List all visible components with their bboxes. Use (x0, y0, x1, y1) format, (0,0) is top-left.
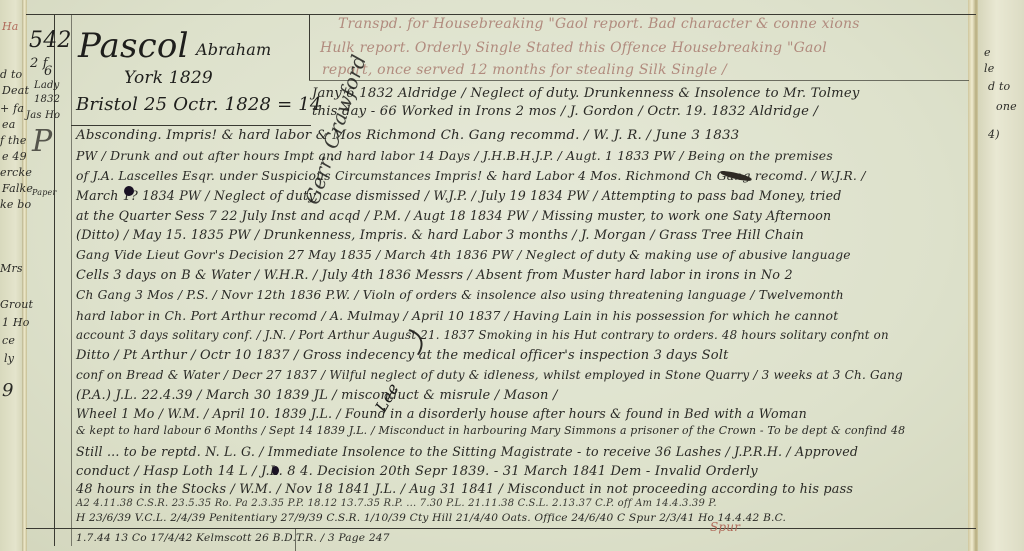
right-margin-note-2: d to (988, 80, 1010, 93)
left-margin-side-note: Paper (32, 188, 56, 197)
entry-line-3: PW / Drunk and out after hours Impt and … (76, 148, 833, 163)
top-rule (26, 14, 976, 15)
record-sub-4: Jas Ho (26, 110, 60, 121)
left-margin-note-6: e 49 (2, 150, 27, 163)
left-margin-note-5: f the (0, 134, 27, 147)
record-number: 542 (29, 28, 72, 53)
left-margin-note-10: Mrs (0, 262, 23, 275)
entry-line-18: Still ... to be reptd. N. L. G. / Immedi… (76, 444, 858, 459)
right-margin-note-4: 4) (988, 128, 1000, 141)
right-margin-note-0: e (984, 46, 991, 59)
left-margin-note-0: Ha (2, 20, 19, 33)
left-margin-note-11: Grout (0, 298, 33, 311)
record-sub-3: 1832 (34, 94, 60, 105)
left-margin-note-13: ce (2, 334, 15, 347)
left-margin-note-1: d to (0, 68, 22, 81)
left-margin-note-4: ea (2, 118, 15, 131)
entry-line-11: hard labor in Ch. Port Arthur recomd / A… (76, 308, 838, 323)
name-column-divider (71, 14, 72, 546)
left-margin-note-3: + fa (0, 102, 24, 115)
left-margin-note-2: Deat (2, 84, 29, 97)
entry-line-8: Gang Vide Lieut Govr's Decision 27 May 1… (76, 248, 851, 262)
header-note-line-1: Hulk report. Orderly Single Stated this … (320, 40, 827, 56)
name-box-right-divider (309, 14, 310, 80)
entry-line-6: at the Quarter Sess 7 22 July Inst and a… (76, 208, 831, 223)
record-mark: P (32, 124, 52, 159)
entry-line-20: 48 hours in the Stocks / W.M. / Nov 18 1… (76, 482, 853, 497)
entry-line-19: conduct / Hasp Loth 14 L / J.L. 8 4. Dec… (76, 464, 758, 479)
left-margin-note-8: Falke (2, 182, 33, 195)
left-margin-note-14: ly (4, 352, 14, 365)
convict-given-name: Abraham (196, 40, 271, 59)
entry-line-9: Cells 3 days on B & Water / W.H.R. / Jul… (76, 268, 793, 283)
left-margin-note-7: ercke (0, 166, 32, 179)
bottom-rule (26, 528, 976, 529)
entry-line-5: March 1? 1834 PW / Neglect of duty, case… (76, 188, 842, 203)
right-margin-note-3: one (996, 100, 1017, 113)
entry-line-0: Jany 6 1832 Aldridge / Neglect of duty. … (312, 86, 860, 101)
left-margin-note-12: 1 Ho (2, 316, 30, 329)
entry-line-10: Ch Gang 3 Mos / P.S. / Novr 12th 1836 P.… (76, 288, 844, 302)
entry-line-16: Wheel 1 Mo / W.M. / April 10. 1839 J.L. … (76, 406, 807, 421)
record-sub-2: Lady (34, 80, 59, 91)
entry-line-1: this day - 66 Worked in Irons 2 mos / J.… (312, 104, 818, 119)
entry-line-2: Absconding. Impris! & hard labor & Mos R… (76, 128, 739, 143)
entry-line-17: & kept to hard labour 6 Months / Sept 14… (76, 424, 905, 437)
convict-arrival: Bristol 25 Octr. 1828 = 14 (76, 94, 322, 115)
entry-line-23: 1.7.44 13 Co 17/4/42 Kelmscott 26 B.D.T.… (76, 532, 390, 544)
ledger-page: Ha d to Deat + fa ea f the e 49 ercke Fa… (0, 0, 1024, 551)
entry-line-12: account 3 days solitary conf. / J.N. / P… (76, 328, 889, 342)
right-margin-note-1: le (984, 62, 994, 75)
header-note-line-2: report, once served 12 months for steali… (322, 62, 727, 78)
name-box-bottom-rule (71, 125, 311, 126)
ink-blot (124, 186, 134, 196)
convict-trial: York 1829 (124, 68, 213, 88)
left-margin-note-15: 9 (2, 380, 14, 401)
header-note-line-0: Transpd. for Housebreaking "Gaol report.… (338, 16, 860, 32)
entry-line-7: (Ditto) / May 15. 1835 PW / Drunkenness,… (76, 228, 804, 243)
entry-line-21: A2 4.11.38 C.S.R. 23.5.35 Ro. Pa 2.3.35 … (76, 498, 717, 509)
ink-blot-small (272, 466, 279, 475)
record-sub-1: 6 (44, 64, 52, 79)
convict-surname: Pascol (78, 26, 189, 66)
entry-line-22: H 23/6/39 V.C.L. 2/4/39 Penitentiary 27/… (76, 512, 786, 524)
left-binding-fold (22, 0, 27, 551)
red-ink-note: Spur (710, 520, 740, 534)
left-margin-note-9: ke bo (0, 198, 31, 211)
entry-line-15: (P.A.) J.L. 22.4.39 / March 30 1839 JL /… (76, 388, 558, 403)
header-note-bottom-rule (309, 80, 969, 81)
entry-line-14: conf on Bread & Water / Decr 27 1837 / W… (76, 368, 903, 382)
